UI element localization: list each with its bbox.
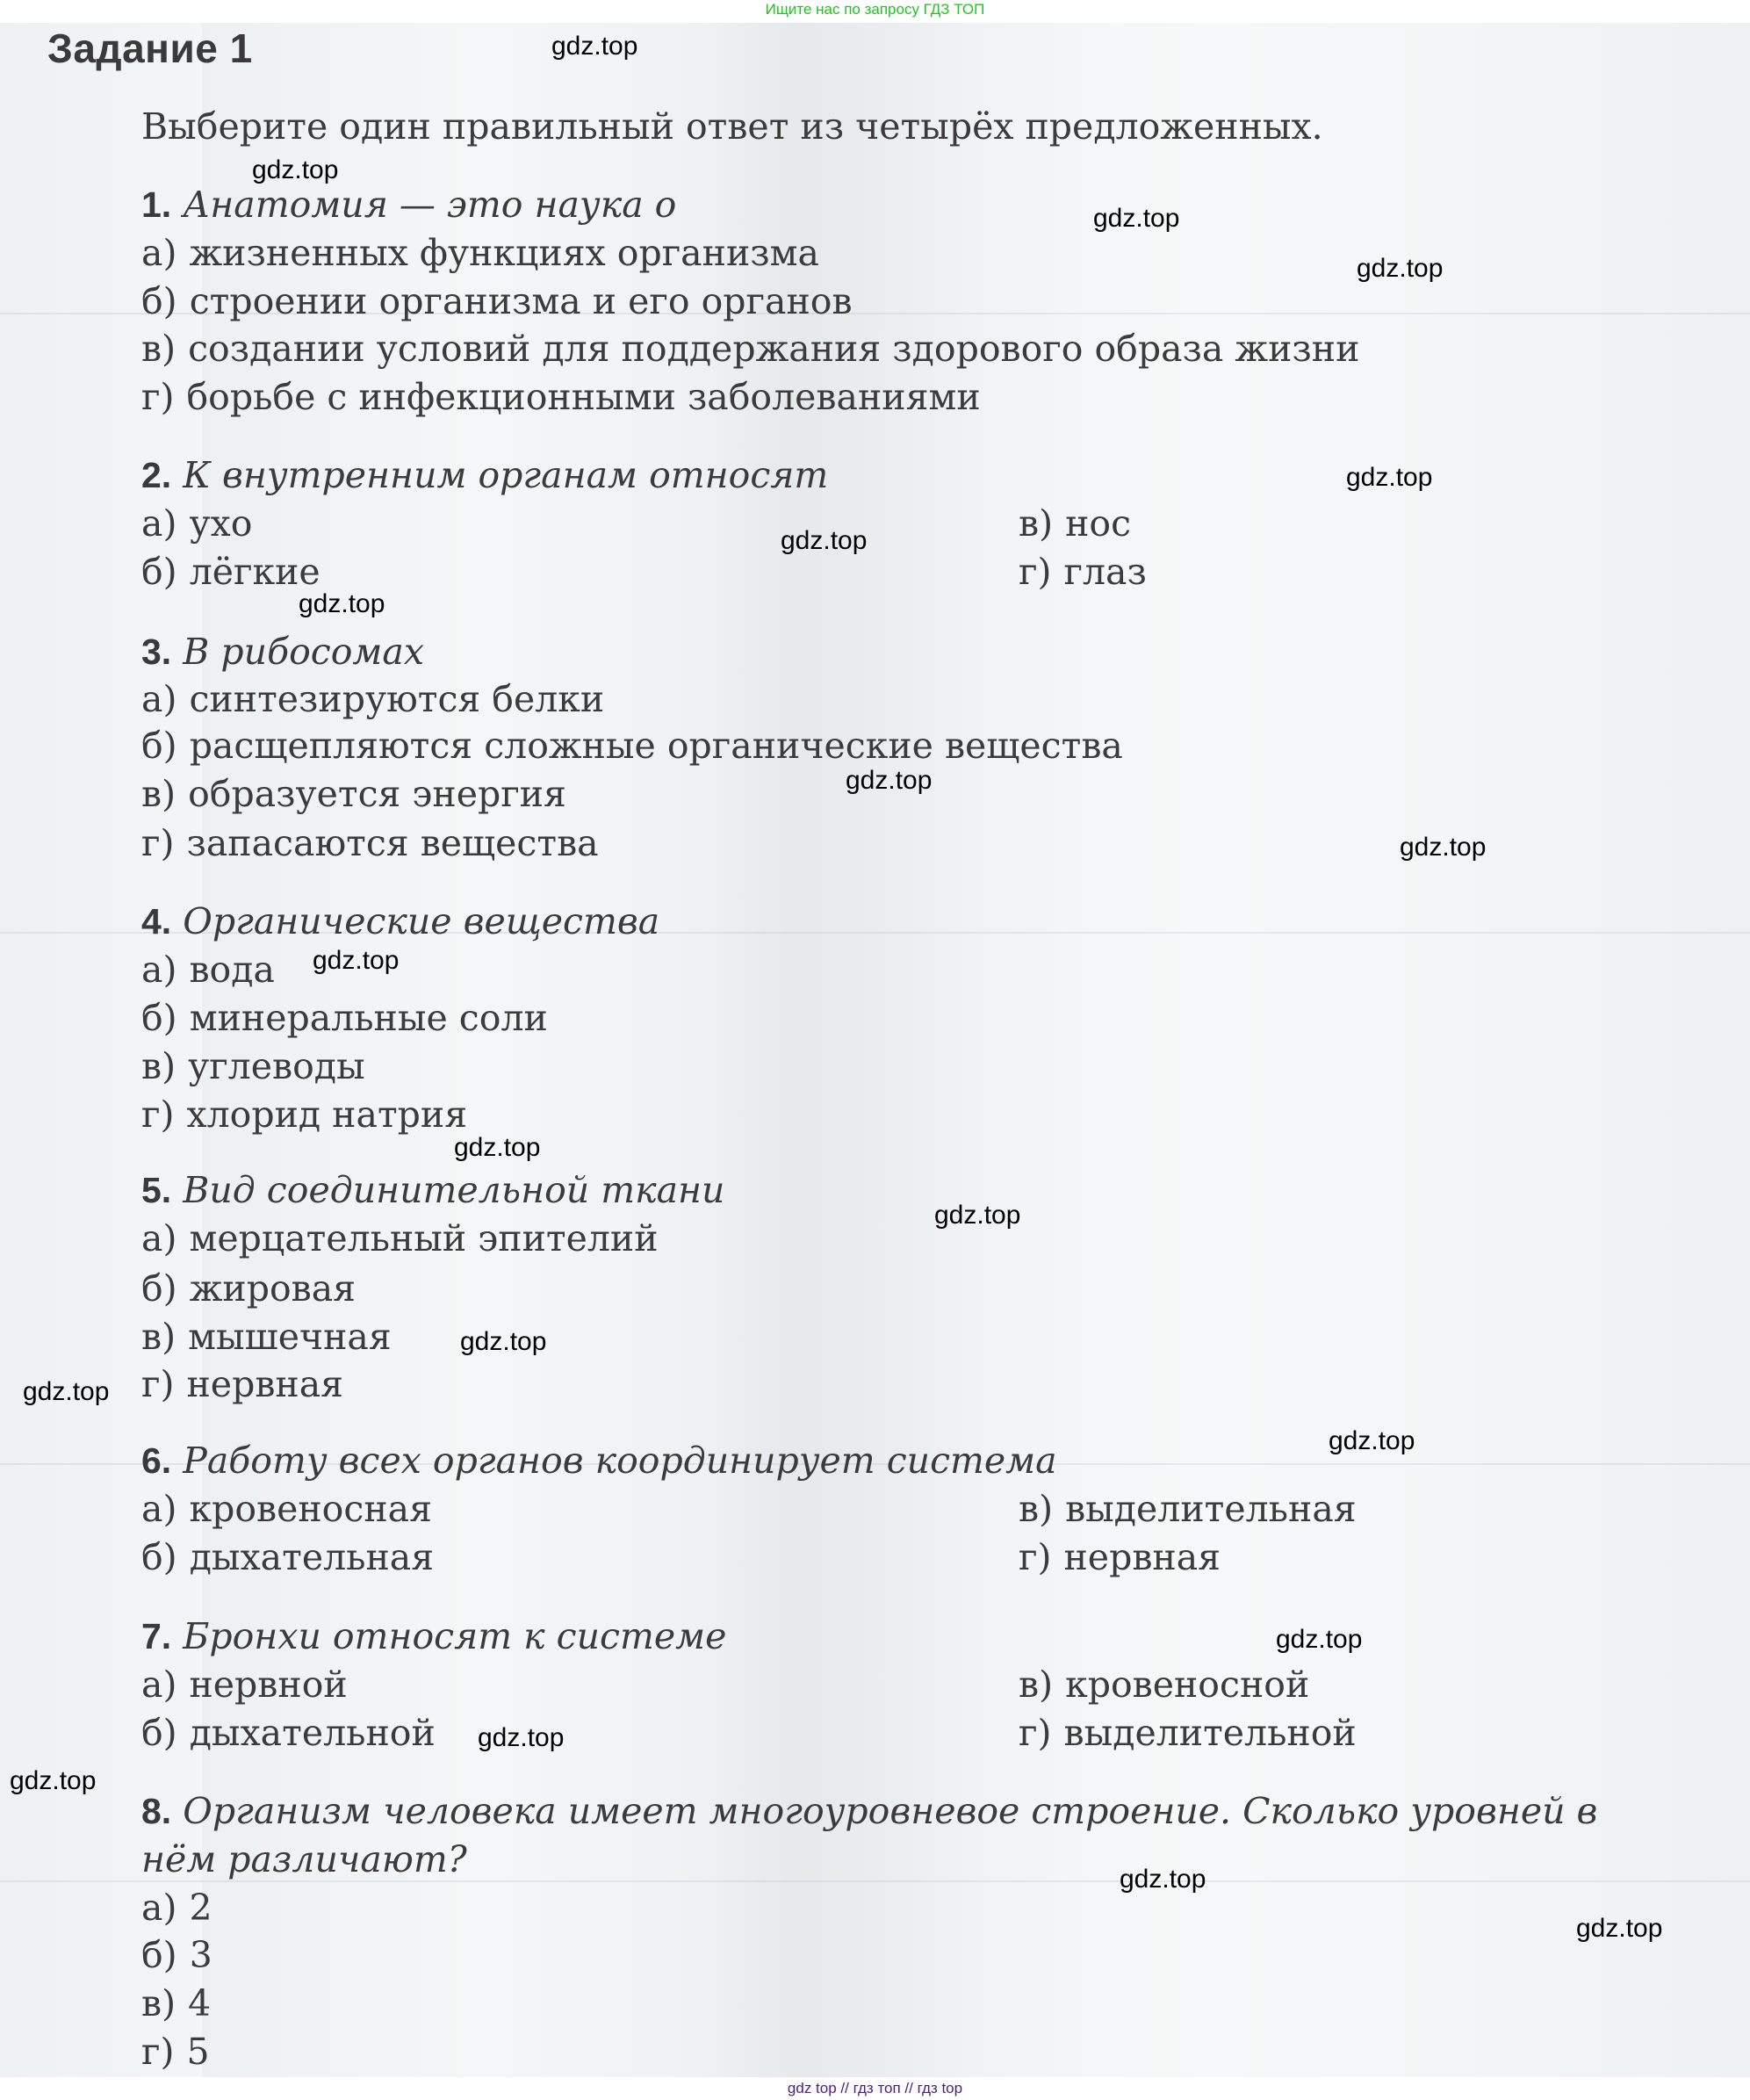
question-text: В рибосомах xyxy=(183,631,424,673)
option-6c[interactable]: в)выделительная xyxy=(1019,1486,1357,1532)
option-2a[interactable]: а)ухо xyxy=(141,501,252,546)
option-letter: г) xyxy=(141,2031,174,2073)
option-text: образуется энергия xyxy=(188,773,566,815)
option-text: вода xyxy=(189,949,274,991)
question-number: 4. xyxy=(141,901,171,942)
option-letter: в) xyxy=(141,1316,176,1358)
option-1c[interactable]: в)создании условий для поддержания здоро… xyxy=(141,326,1359,372)
question-text: Бронхи относят к системе xyxy=(183,1615,726,1657)
option-text: 2 xyxy=(189,1887,212,1929)
option-7a[interactable]: а)нервной xyxy=(141,1662,348,1707)
option-text: выделительная xyxy=(1065,1488,1357,1530)
option-5d[interactable]: г)нервная xyxy=(141,1361,343,1407)
option-4c[interactable]: в)углеводы xyxy=(141,1043,365,1089)
question-6: 6. Работу всех органов координирует сист… xyxy=(141,1438,1057,1483)
question-8-continuation: нём различают? xyxy=(141,1837,467,1882)
option-text: жизненных функциях организма xyxy=(189,232,819,274)
option-letter: г) xyxy=(1019,1536,1051,1578)
option-letter: б) xyxy=(141,1712,177,1754)
option-letter: в) xyxy=(1019,1663,1053,1706)
option-3d[interactable]: г)запасаются вещества xyxy=(141,820,599,866)
watermark: gdz.top xyxy=(1576,1914,1662,1944)
option-text: кровеносная xyxy=(189,1488,432,1530)
question-number: 8. xyxy=(141,1791,171,1831)
option-letter: в) xyxy=(141,1982,176,2024)
option-letter: а) xyxy=(141,1663,176,1706)
option-text: хлорид натрия xyxy=(186,1093,467,1136)
option-letter: б) xyxy=(141,551,177,593)
option-letter: в) xyxy=(141,328,176,370)
option-text: мышечная xyxy=(188,1316,392,1358)
question-number: 6. xyxy=(141,1440,171,1481)
option-letter: б) xyxy=(141,1536,177,1578)
watermark: gdz.top xyxy=(313,946,399,976)
option-text: 5 xyxy=(186,2031,209,2073)
option-text: создании условий для поддержания здорово… xyxy=(188,328,1359,370)
option-letter: г) xyxy=(141,1093,174,1136)
watermark: gdz.top xyxy=(1346,463,1432,493)
task-instruction: Выберите один правильный ответ из четырё… xyxy=(141,105,1323,148)
question-8: 8. Организм человека имеет многоуровнево… xyxy=(141,1788,1597,1834)
option-4d[interactable]: г)хлорид натрия xyxy=(141,1092,467,1137)
option-text: дыхательной xyxy=(190,1712,436,1754)
question-number: 1. xyxy=(141,184,171,225)
option-letter: г) xyxy=(1019,1712,1051,1754)
option-letter: б) xyxy=(141,997,177,1039)
option-letter: г) xyxy=(141,822,174,864)
option-letter: а) xyxy=(141,502,176,545)
option-text: 4 xyxy=(188,1982,211,2024)
watermark: gdz.top xyxy=(1093,204,1179,234)
question-number: 3. xyxy=(141,631,171,672)
question-text: К внутренним органам относят xyxy=(183,454,828,496)
watermark: gdz.top xyxy=(478,1723,564,1753)
option-text: нос xyxy=(1065,502,1131,545)
option-7d[interactable]: г)выделительной xyxy=(1019,1710,1357,1756)
question-text: Организм человека имеет многоуровневое с… xyxy=(183,1790,1597,1832)
option-text: запасаются вещества xyxy=(186,822,598,864)
option-text: кровеносной xyxy=(1065,1663,1309,1706)
option-text: 3 xyxy=(190,1934,212,1976)
question-text: Вид соединительной ткани xyxy=(183,1169,724,1211)
option-1d[interactable]: г)борьбе с инфекционными заболеваниями xyxy=(141,374,981,420)
option-3c[interactable]: в)образуется энергия xyxy=(141,771,566,817)
option-letter: б) xyxy=(141,725,177,767)
task-title: Задание 1 xyxy=(47,25,253,72)
watermark: gdz.top xyxy=(299,589,385,619)
watermark: gdz.top xyxy=(23,1377,109,1407)
option-4a[interactable]: а)вода xyxy=(141,947,275,992)
watermark: gdz.top xyxy=(454,1133,540,1163)
watermark: gdz.top xyxy=(1357,254,1443,284)
option-letter: б) xyxy=(141,280,177,322)
option-5a[interactable]: а)мерцательный эпителий xyxy=(141,1216,659,1261)
search-banner[interactable]: Ищите нас по запросу ГДЗ ТОП xyxy=(0,0,1750,19)
watermark: gdz.top xyxy=(10,1766,96,1796)
question-number: 5. xyxy=(141,1170,171,1210)
option-6b[interactable]: б)дыхательная xyxy=(141,1534,434,1580)
option-8b[interactable]: б)3 xyxy=(141,1932,212,1978)
question-text: Работу всех органов координирует система xyxy=(183,1440,1056,1482)
option-4b[interactable]: б)минеральные соли xyxy=(141,995,548,1041)
watermark: gdz.top xyxy=(1120,1865,1206,1894)
option-3a[interactable]: а)синтезируются белки xyxy=(141,676,604,722)
question-1: 1. Анатомия — это наука о xyxy=(141,182,676,227)
watermark: gdz.top xyxy=(460,1327,546,1357)
option-8d[interactable]: г)5 xyxy=(141,2029,210,2075)
option-5b[interactable]: б)жировая xyxy=(141,1266,356,1311)
option-text: борьбе с инфекционными заболеваниями xyxy=(186,376,980,418)
option-text: дыхательная xyxy=(190,1536,434,1578)
option-7c[interactable]: в)кровеносной xyxy=(1019,1662,1309,1707)
question-7: 7. Бронхи относят к системе xyxy=(141,1613,726,1659)
option-letter: а) xyxy=(141,949,176,991)
option-letter: а) xyxy=(141,1887,176,1929)
option-text: нервная xyxy=(1063,1536,1221,1578)
option-text: синтезируются белки xyxy=(189,678,604,720)
question-number: 7. xyxy=(141,1616,171,1656)
option-text: строении организма и его органов xyxy=(190,280,853,322)
option-5c[interactable]: в)мышечная xyxy=(141,1314,392,1360)
option-letter: г) xyxy=(141,1363,174,1405)
option-6a[interactable]: а)кровеносная xyxy=(141,1486,432,1532)
option-2d[interactable]: г)глаз xyxy=(1019,549,1147,595)
option-8c[interactable]: в)4 xyxy=(141,1981,211,2026)
option-letter: г) xyxy=(141,376,174,418)
question-3: 3. В рибосомах xyxy=(141,629,424,675)
option-text: жировая xyxy=(190,1267,356,1310)
option-letter: в) xyxy=(1019,1488,1053,1530)
option-letter: б) xyxy=(141,1934,177,1976)
option-letter: в) xyxy=(1019,502,1053,545)
option-text: нервная xyxy=(186,1363,343,1405)
watermark: gdz.top xyxy=(551,32,637,61)
watermark: gdz.top xyxy=(252,155,338,185)
option-letter: б) xyxy=(141,1267,177,1310)
option-letter: а) xyxy=(141,678,176,720)
option-letter: а) xyxy=(141,1488,176,1530)
question-text: нём различают? xyxy=(141,1838,467,1880)
watermark: gdz.top xyxy=(1276,1625,1362,1655)
option-8a[interactable]: а)2 xyxy=(141,1885,212,1930)
watermark: gdz.top xyxy=(781,526,867,556)
watermark: gdz.top xyxy=(934,1201,1020,1230)
option-text: глаз xyxy=(1063,551,1146,593)
option-text: минеральные соли xyxy=(190,997,548,1039)
option-7b[interactable]: б)дыхательной xyxy=(141,1710,436,1756)
question-2: 2. К внутренним органам относят xyxy=(141,452,828,498)
option-letter: в) xyxy=(141,1045,176,1087)
question-5: 5. Вид соединительной ткани xyxy=(141,1167,724,1213)
option-text: выделительной xyxy=(1063,1712,1356,1754)
option-text: расщепляются сложные органические вещест… xyxy=(190,725,1123,767)
option-1a[interactable]: а)жизненных функциях организма xyxy=(141,230,819,276)
option-letter: в) xyxy=(141,773,176,815)
question-text: Анатомия — это наука о xyxy=(183,184,676,226)
question-4: 4. Органические вещества xyxy=(141,898,659,944)
watermark: gdz.top xyxy=(1329,1426,1415,1456)
option-2c[interactable]: в)нос xyxy=(1019,501,1131,546)
option-text: нервной xyxy=(189,1663,347,1706)
question-number: 2. xyxy=(141,455,171,495)
watermark: gdz.top xyxy=(846,766,932,796)
option-text: мерцательный эпителий xyxy=(189,1217,658,1259)
option-6d[interactable]: г)нервная xyxy=(1019,1534,1221,1580)
option-text: лёгкие xyxy=(190,551,320,593)
option-1b[interactable]: б)строении организма и его органов xyxy=(141,278,853,324)
option-letter: а) xyxy=(141,1217,176,1259)
option-text: ухо xyxy=(189,502,252,545)
option-letter: а) xyxy=(141,232,176,274)
option-letter: г) xyxy=(1019,551,1051,593)
option-text: углеводы xyxy=(188,1045,365,1087)
footer-links[interactable]: gdz top // гдз топ // гдз top xyxy=(0,2077,1750,2100)
question-text: Органические вещества xyxy=(183,900,659,942)
option-3b[interactable]: б)расщепляются сложные органические веще… xyxy=(141,723,1123,769)
watermark: gdz.top xyxy=(1400,833,1486,862)
option-2b[interactable]: б)лёгкие xyxy=(141,549,320,595)
